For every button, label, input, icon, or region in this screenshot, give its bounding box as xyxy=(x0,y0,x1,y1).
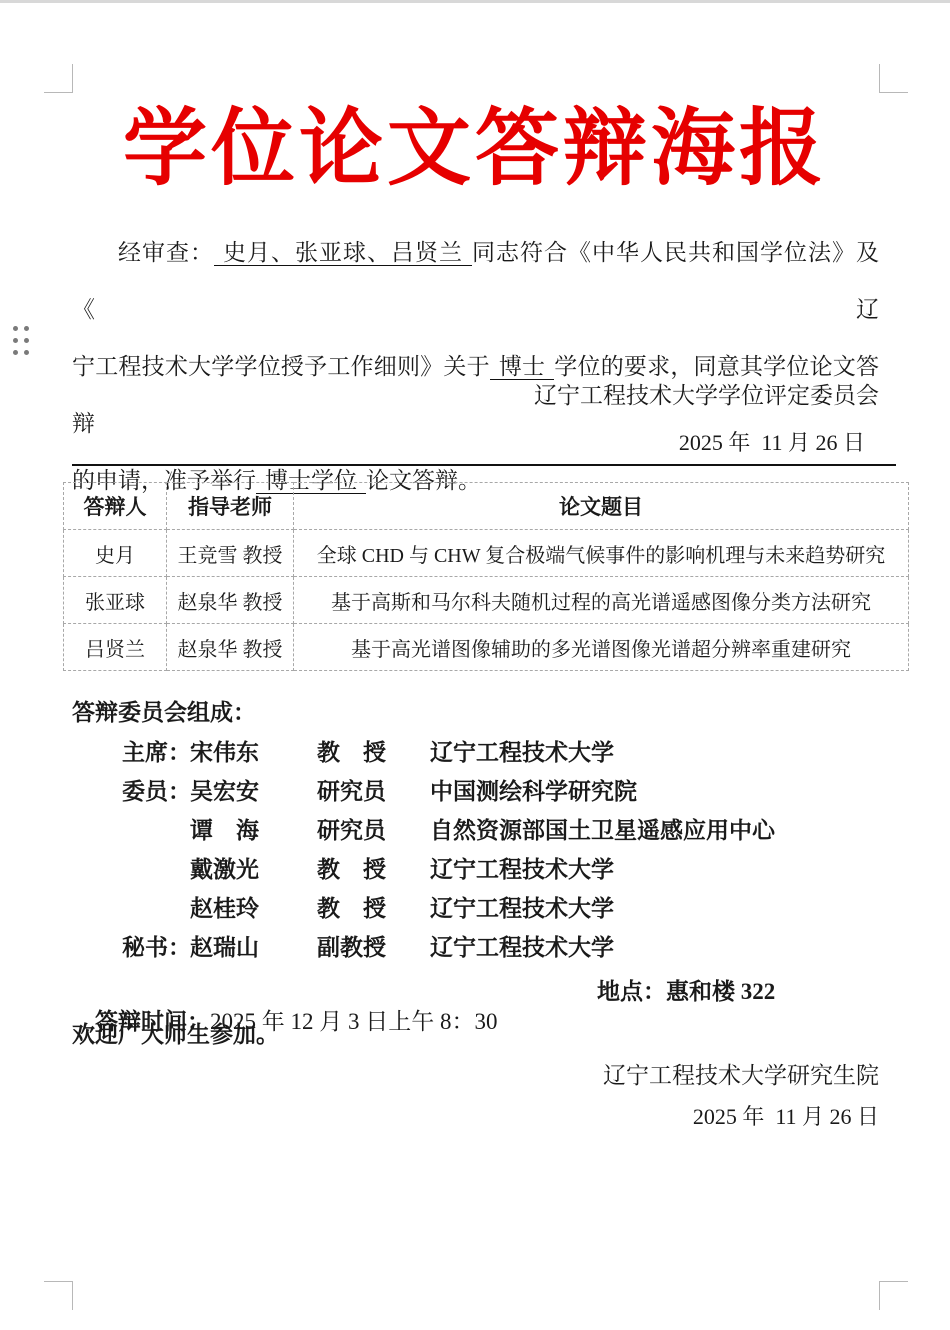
cell-advisor: 王竞雪 教授 xyxy=(167,530,294,577)
cell-candidate: 吕贤兰 xyxy=(64,624,167,671)
member-name: 赵瑞山 xyxy=(190,928,317,967)
defense-place: 地点：惠和楼 322 xyxy=(597,977,775,1007)
header-thesis-title: 论文题目 xyxy=(294,483,909,530)
member-title: 教 授 xyxy=(317,733,430,772)
committee-list: 主席： 宋伟东 教 授 辽宁工程技术大学 委员： 吴宏安 研究员 中国测绘科学研… xyxy=(122,733,882,967)
member-org: 中国测绘科学研究院 xyxy=(430,772,882,811)
signature-organization: 辽宁工程技术大学学位评定委员会 xyxy=(72,377,881,410)
committee-member-row: 赵桂玲 教 授 辽宁工程技术大学 xyxy=(122,889,882,928)
table-row: 史月 王竞雪 教授 全球 CHD 与 CHW 复合极端气候事件的影响机理与未来趋… xyxy=(64,530,909,577)
editor-top-edge xyxy=(0,0,950,3)
cell-advisor: 赵泉华 教授 xyxy=(167,624,294,671)
member-role: 委员： xyxy=(122,772,190,811)
table-row: 张亚球 赵泉华 教授 基于高斯和马尔科夫随机过程的高光谱遥感图像分类方法研究 xyxy=(64,577,909,624)
footer-organization: 辽宁工程技术大学研究生院 xyxy=(72,1057,890,1090)
cell-thesis-title: 全球 CHD 与 CHW 复合极端气候事件的影响机理与未来趋势研究 xyxy=(294,530,909,577)
section-divider-line xyxy=(72,464,896,466)
member-role xyxy=(122,811,190,850)
defense-roster-table: 答辩人 指导老师 论文题目 史月 王竞雪 教授 全球 CHD 与 CHW 复合极… xyxy=(63,482,909,671)
member-name: 吴宏安 xyxy=(190,772,317,811)
member-title: 教 授 xyxy=(317,850,430,889)
candidate-names-underlined: 史月、张亚球、吕贤兰 xyxy=(214,240,472,266)
welcome-line: 欢迎广大师生参加。 xyxy=(72,1016,279,1049)
document-page: 学位论文答辩海报 经审查：史月、张亚球、吕贤兰同志符合《中华人民共和国学位法》及… xyxy=(0,0,950,1330)
member-org: 辽宁工程技术大学 xyxy=(430,928,882,967)
committee-heading: 答辩委员会组成： xyxy=(72,694,256,727)
table-header-row: 答辩人 指导老师 论文题目 xyxy=(64,483,909,530)
poster-title: 学位论文答辩海报 xyxy=(0,96,950,206)
cell-advisor: 赵泉华 教授 xyxy=(167,577,294,624)
committee-member-row: 秘书： 赵瑞山 副教授 辽宁工程技术大学 xyxy=(122,928,882,967)
committee-member-row: 谭 海 研究员 自然资源部国土卫星遥感应用中心 xyxy=(122,811,882,850)
member-org: 辽宁工程技术大学 xyxy=(430,889,882,928)
defense-place-value: 惠和楼 322 xyxy=(666,979,775,1004)
cell-candidate: 史月 xyxy=(64,530,167,577)
cell-thesis-title: 基于高光谱图像辅助的多光谱图像光谱超分辨率重建研究 xyxy=(294,624,909,671)
cell-thesis-title: 基于高斯和马尔科夫随机过程的高光谱遥感图像分类方法研究 xyxy=(294,577,909,624)
text-boundary-mark-top-left xyxy=(44,64,73,93)
committee-member-row: 委员： 吴宏安 研究员 中国测绘科学研究院 xyxy=(122,772,882,811)
member-role xyxy=(122,889,190,928)
member-role: 主席： xyxy=(122,733,190,772)
committee-member-row: 戴激光 教 授 辽宁工程技术大学 xyxy=(122,850,882,889)
committee-member-row: 主席： 宋伟东 教 授 辽宁工程技术大学 xyxy=(122,733,882,772)
footer-date: 2025 年 11 月 26 日 xyxy=(72,1100,931,1131)
member-title: 研究员 xyxy=(317,772,430,811)
cell-candidate: 张亚球 xyxy=(64,577,167,624)
defense-place-label: 地点： xyxy=(597,979,666,1004)
intro-paragraph: 经审查：史月、张亚球、吕贤兰同志符合《中华人民共和国学位法》及《辽 宁工程技术大… xyxy=(72,224,879,509)
text-boundary-mark-bottom-right xyxy=(879,1281,908,1310)
member-title: 教 授 xyxy=(317,889,430,928)
signature-date: 2025 年 11 月 26 日 xyxy=(72,426,865,457)
member-title: 副教授 xyxy=(317,928,430,967)
intro-line2-pre: 宁工程技术大学学位授予工作细则》关于 xyxy=(72,354,490,379)
header-advisor: 指导老师 xyxy=(167,483,294,530)
member-name: 宋伟东 xyxy=(190,733,317,772)
defense-schedule-line: 答辩时间：2025 年 12 月 3 日上午 8：30 地点：惠和楼 322 xyxy=(72,977,879,1007)
member-org: 辽宁工程技术大学 xyxy=(430,733,882,772)
intro-line1-pre: 经审查： xyxy=(118,240,214,265)
member-name: 赵桂玲 xyxy=(190,889,317,928)
member-org: 辽宁工程技术大学 xyxy=(430,850,882,889)
member-role: 秘书： xyxy=(122,928,190,967)
header-candidate: 答辩人 xyxy=(64,483,167,530)
member-title: 研究员 xyxy=(317,811,430,850)
member-name: 戴激光 xyxy=(190,850,317,889)
member-org: 自然资源部国土卫星遥感应用中心 xyxy=(430,811,882,850)
member-role xyxy=(122,850,190,889)
text-boundary-mark-top-right xyxy=(879,64,908,93)
table-row: 吕贤兰 赵泉华 教授 基于高光谱图像辅助的多光谱图像光谱超分辨率重建研究 xyxy=(64,624,909,671)
intro-line-1: 经审查：史月、张亚球、吕贤兰同志符合《中华人民共和国学位法》及《辽 xyxy=(72,224,879,338)
drag-handle-icon[interactable] xyxy=(12,325,34,359)
member-name: 谭 海 xyxy=(190,811,317,850)
text-boundary-mark-bottom-left xyxy=(44,1281,73,1310)
